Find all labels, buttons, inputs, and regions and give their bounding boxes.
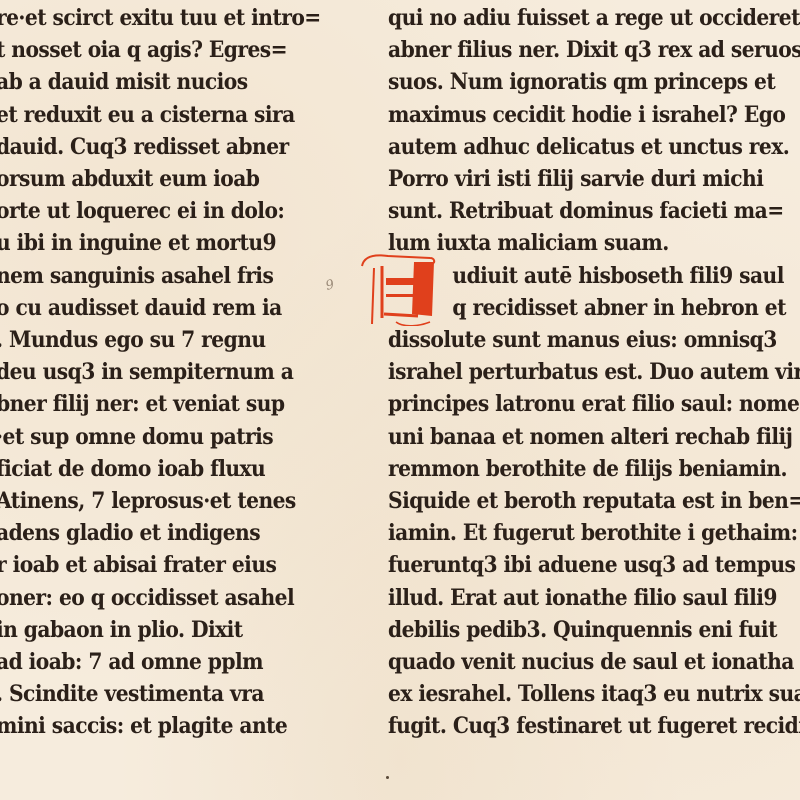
text-line: ab a dauid misit nucios xyxy=(0,66,248,98)
text-line: dauid. Cuq3 redisset abner xyxy=(0,131,289,163)
text-line: Siquide et beroth reputata est in ben= xyxy=(388,485,800,517)
text-line: orsum abduxit eum ioab xyxy=(0,163,259,195)
text-line: t nosset oia q agis? Egres= xyxy=(0,34,287,66)
text-line: q recidisset abner in hebron et xyxy=(388,292,786,324)
text-line: israhel perturbatus est. Duo autem viri xyxy=(388,356,800,388)
ink-speck xyxy=(386,776,389,779)
text-line: debilis pedib3. Quinquennis eni fuit xyxy=(388,614,777,646)
text-line: et reduxit eu a cisterna sira xyxy=(0,99,295,131)
text-line: fueruntq3 ibi aduene usq3 ad tempus xyxy=(388,549,795,581)
text-line: abner filius ner. Dixit q3 rex ad seruos xyxy=(388,34,800,66)
text-line: oner: eo q occidisset asahel xyxy=(0,582,294,614)
text-line: deu usq3 in sempiternum a xyxy=(0,356,293,388)
text-line: qui no adiu fuisset a rege ut occideretc xyxy=(388,2,800,34)
text-line: ad ioab: 7 ad omne pplm xyxy=(0,646,263,678)
text-line: orte ut loquerec ei in dolo: xyxy=(0,195,284,227)
text-line: fugit. Cuq3 festinaret ut fugeret recidi… xyxy=(388,710,800,742)
text-line: re·et scirct exitu tuu et intro= xyxy=(0,2,321,34)
text-line: r ioab et abisai frater eius xyxy=(0,549,276,581)
text-line: Atinens, 7 leprosus·et tenes xyxy=(0,485,296,517)
text-line: udiuit autē hisboseth fili9 saul xyxy=(388,260,784,292)
text-line: remmon berothite de filijs beniamin. xyxy=(388,453,787,485)
text-line: bner filij ner: et veniat sup xyxy=(0,388,284,420)
text-line: Porro viri isti filij sarvie duri michi xyxy=(388,163,763,195)
text-line: dissolute sunt manus eius: omnisq3 xyxy=(388,324,777,356)
text-line: suos. Num ignoratis qm princeps et xyxy=(388,66,775,98)
text-line: ·et sup omne domu patris xyxy=(0,421,273,453)
text-line: maximus cecidit hodie i israhel? Ego xyxy=(388,99,785,131)
text-line: . Mundus ego su 7 regnu xyxy=(0,324,266,356)
text-line: . Scindite vestimenta vra xyxy=(0,678,264,710)
text-line: iamin. Et fugerut berothite i gethaim: xyxy=(388,517,798,549)
text-line: mini saccis: et plagite ante xyxy=(0,710,287,742)
text-line: adens gladio et indigens xyxy=(0,517,260,549)
text-line: sunt. Retribuat dominus facieti ma= xyxy=(388,195,784,227)
text-line: o cu audisset dauid rem ia xyxy=(0,292,282,324)
text-line: illud. Erat aut ionathe filio saul fili9 xyxy=(388,582,777,614)
text-line: in gabaon in plio. Dixit xyxy=(0,614,243,646)
text-line: autem adhuc delicatus et unctus rex. xyxy=(388,131,789,163)
text-line: uni banaa et nomen alteri rechab filij xyxy=(388,421,792,453)
text-line: quado venit nucius de saul et ionatha xyxy=(388,646,794,678)
text-line: u ibi in inguine et mortu9 xyxy=(0,227,276,259)
text-line: nem sanguinis asahel fris xyxy=(0,260,273,292)
text-line: ficiat de domo ioab fluxu xyxy=(0,453,265,485)
text-line: ex iesrahel. Tollens itaq3 eu nutrix sua xyxy=(388,678,800,710)
marginal-annotation: 9 xyxy=(324,277,336,294)
text-line: principes latronu erat filio saul: nome xyxy=(388,388,799,420)
rubricated-initial-a xyxy=(360,252,444,326)
